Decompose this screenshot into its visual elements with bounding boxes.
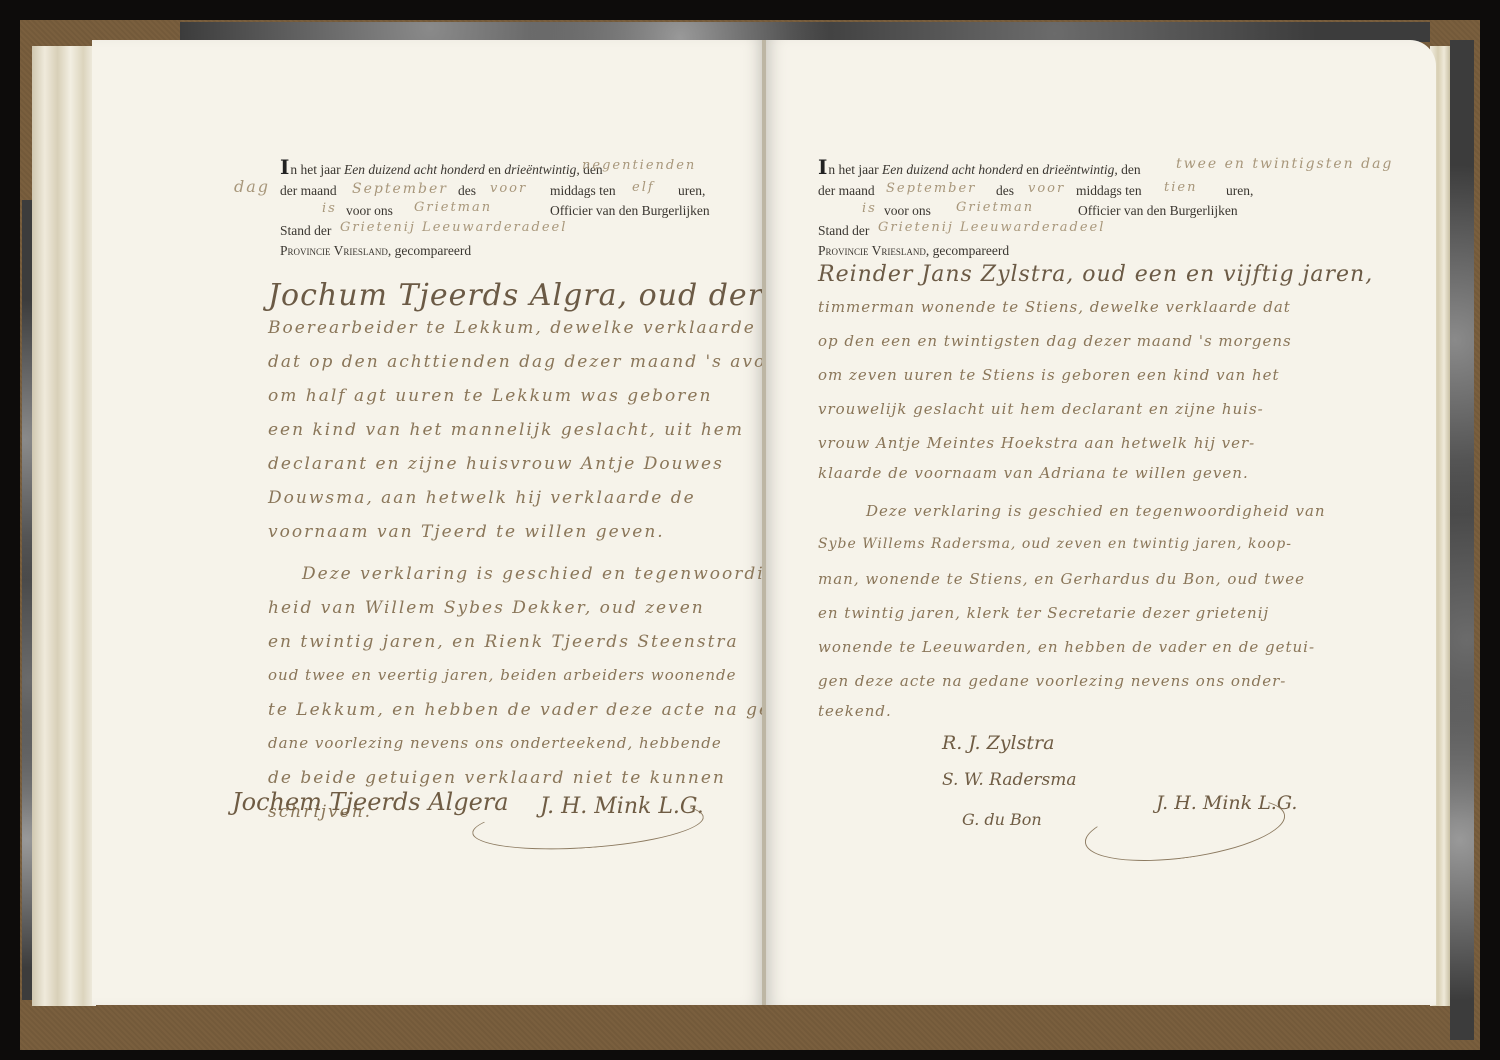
filled-month: September: [886, 181, 976, 196]
filled-official: Grietman: [414, 200, 492, 215]
filled-day: negentienden: [582, 158, 696, 173]
body-line: Boerearbeider te Lekkum, dewelke verklaa…: [268, 318, 756, 338]
body-line: Douwsma, aan hetwelk hij verklaarde de: [268, 488, 696, 508]
body-line: dat op den achttienden dag dezer maand '…: [268, 352, 803, 372]
witness-line: Sybe Willems Radersma, oud zeven en twin…: [818, 536, 1292, 552]
witness-line: heid van Willem Sybes Dekker, oud zeven: [268, 598, 705, 618]
right-page: 30 In het jaar Een duizend acht honderd …: [766, 40, 1436, 1005]
body-line: voornaam van Tjeerd te willen geven.: [268, 522, 665, 542]
body-line: een kind van het mannelijk geslacht, uit…: [268, 420, 744, 440]
signature-declarant: Jochem Tjeerds Algera: [232, 788, 509, 816]
printed-province: Provincie Vriesland, gecompareerd: [280, 242, 471, 260]
signature-witness-1: S. W. Radersma: [942, 770, 1077, 790]
printed-line-1: In het jaar Een duizend acht honderd en …: [818, 158, 1141, 179]
body-line: klaarde de voornaam van Adriana te wille…: [818, 464, 1249, 482]
witness-line: te Lekkum, en hebben de vader deze acte …: [268, 700, 779, 720]
filled-day: twee en twintigsten dag: [1176, 156, 1393, 172]
marbled-endpaper-right: [1450, 40, 1474, 1040]
body-line: om zeven uuren te Stiens is geboren een …: [818, 366, 1280, 384]
witness-line: Deze verklaring is geschied en tegenwoor…: [866, 502, 1326, 520]
body-line: vrouwelijk geslacht uit hem declarant en…: [818, 400, 1264, 418]
filled-municipality: Grietenij Leeuwarderadeel: [340, 220, 567, 235]
witness-line: oud twee en veertig jaren, beiden arbeid…: [268, 666, 736, 684]
body-line: timmerman wonende te Stiens, dewelke ver…: [818, 298, 1291, 316]
witness-line: en twintig jaren, klerk ter Secretarie d…: [818, 604, 1269, 622]
drop-cap: I: [280, 155, 289, 179]
filled-des: voor: [1028, 181, 1065, 196]
printed-line-1: In het jaar Een duizend acht honderd en …: [280, 158, 603, 179]
drop-cap: I: [818, 155, 827, 179]
filled-des: voor: [490, 181, 527, 196]
witness-line: teekend.: [818, 702, 892, 720]
witness-line: en twintig jaren, en Rienk Tjeerds Steen…: [268, 632, 739, 652]
signature-declarant: R. J. Zylstra: [942, 732, 1054, 754]
witness-line: de beide getuigen verklaard niet te kunn…: [268, 768, 726, 788]
witness-line: gen deze acte na gedane voorlezing neven…: [818, 672, 1286, 690]
body-line: Reinder Jans Zylstra, oud een en vijftig…: [818, 262, 1373, 287]
body-line: om half agt uuren te Lekkum was geboren: [268, 386, 712, 406]
page-edges-left: [32, 46, 96, 1006]
marbled-endpaper-top: [180, 22, 1430, 42]
body-line: vrouw Antje Meintes Hoekstra aan hetwelk…: [818, 434, 1255, 452]
witness-line: man, wonende te Stiens, en Gerhardus du …: [818, 570, 1305, 588]
filled-hour: tien: [1164, 180, 1197, 195]
witness-line: dane voorlezing nevens ons onderteekend,…: [268, 734, 722, 752]
signature-witness-2: G. du Bon: [962, 810, 1042, 829]
filled-municipality: Grietenij Leeuwarderadeel: [878, 220, 1105, 235]
filled-official: Grietman: [956, 200, 1034, 215]
filled-day-margin: dag: [234, 177, 270, 196]
left-page: In het jaar Een duizend acht honderd en …: [92, 40, 764, 1005]
signature-flourish: [1081, 786, 1289, 872]
printed-province: Provincie Vriesland, gecompareerd: [818, 242, 1009, 260]
filled-hour: elf: [632, 180, 655, 195]
witness-line: Deze verklaring is geschied en tegenwoor…: [302, 564, 785, 584]
printed-line-2-label: der maand: [280, 182, 337, 200]
witness-line: wonende te Leeuwarden, en hebben de vade…: [818, 638, 1315, 656]
body-line: op den een en twintigsten dag dezer maan…: [818, 332, 1292, 350]
body-line: declarant en zijne huisvrouw Antje Douwe…: [268, 454, 724, 474]
filled-month: September: [352, 181, 448, 197]
